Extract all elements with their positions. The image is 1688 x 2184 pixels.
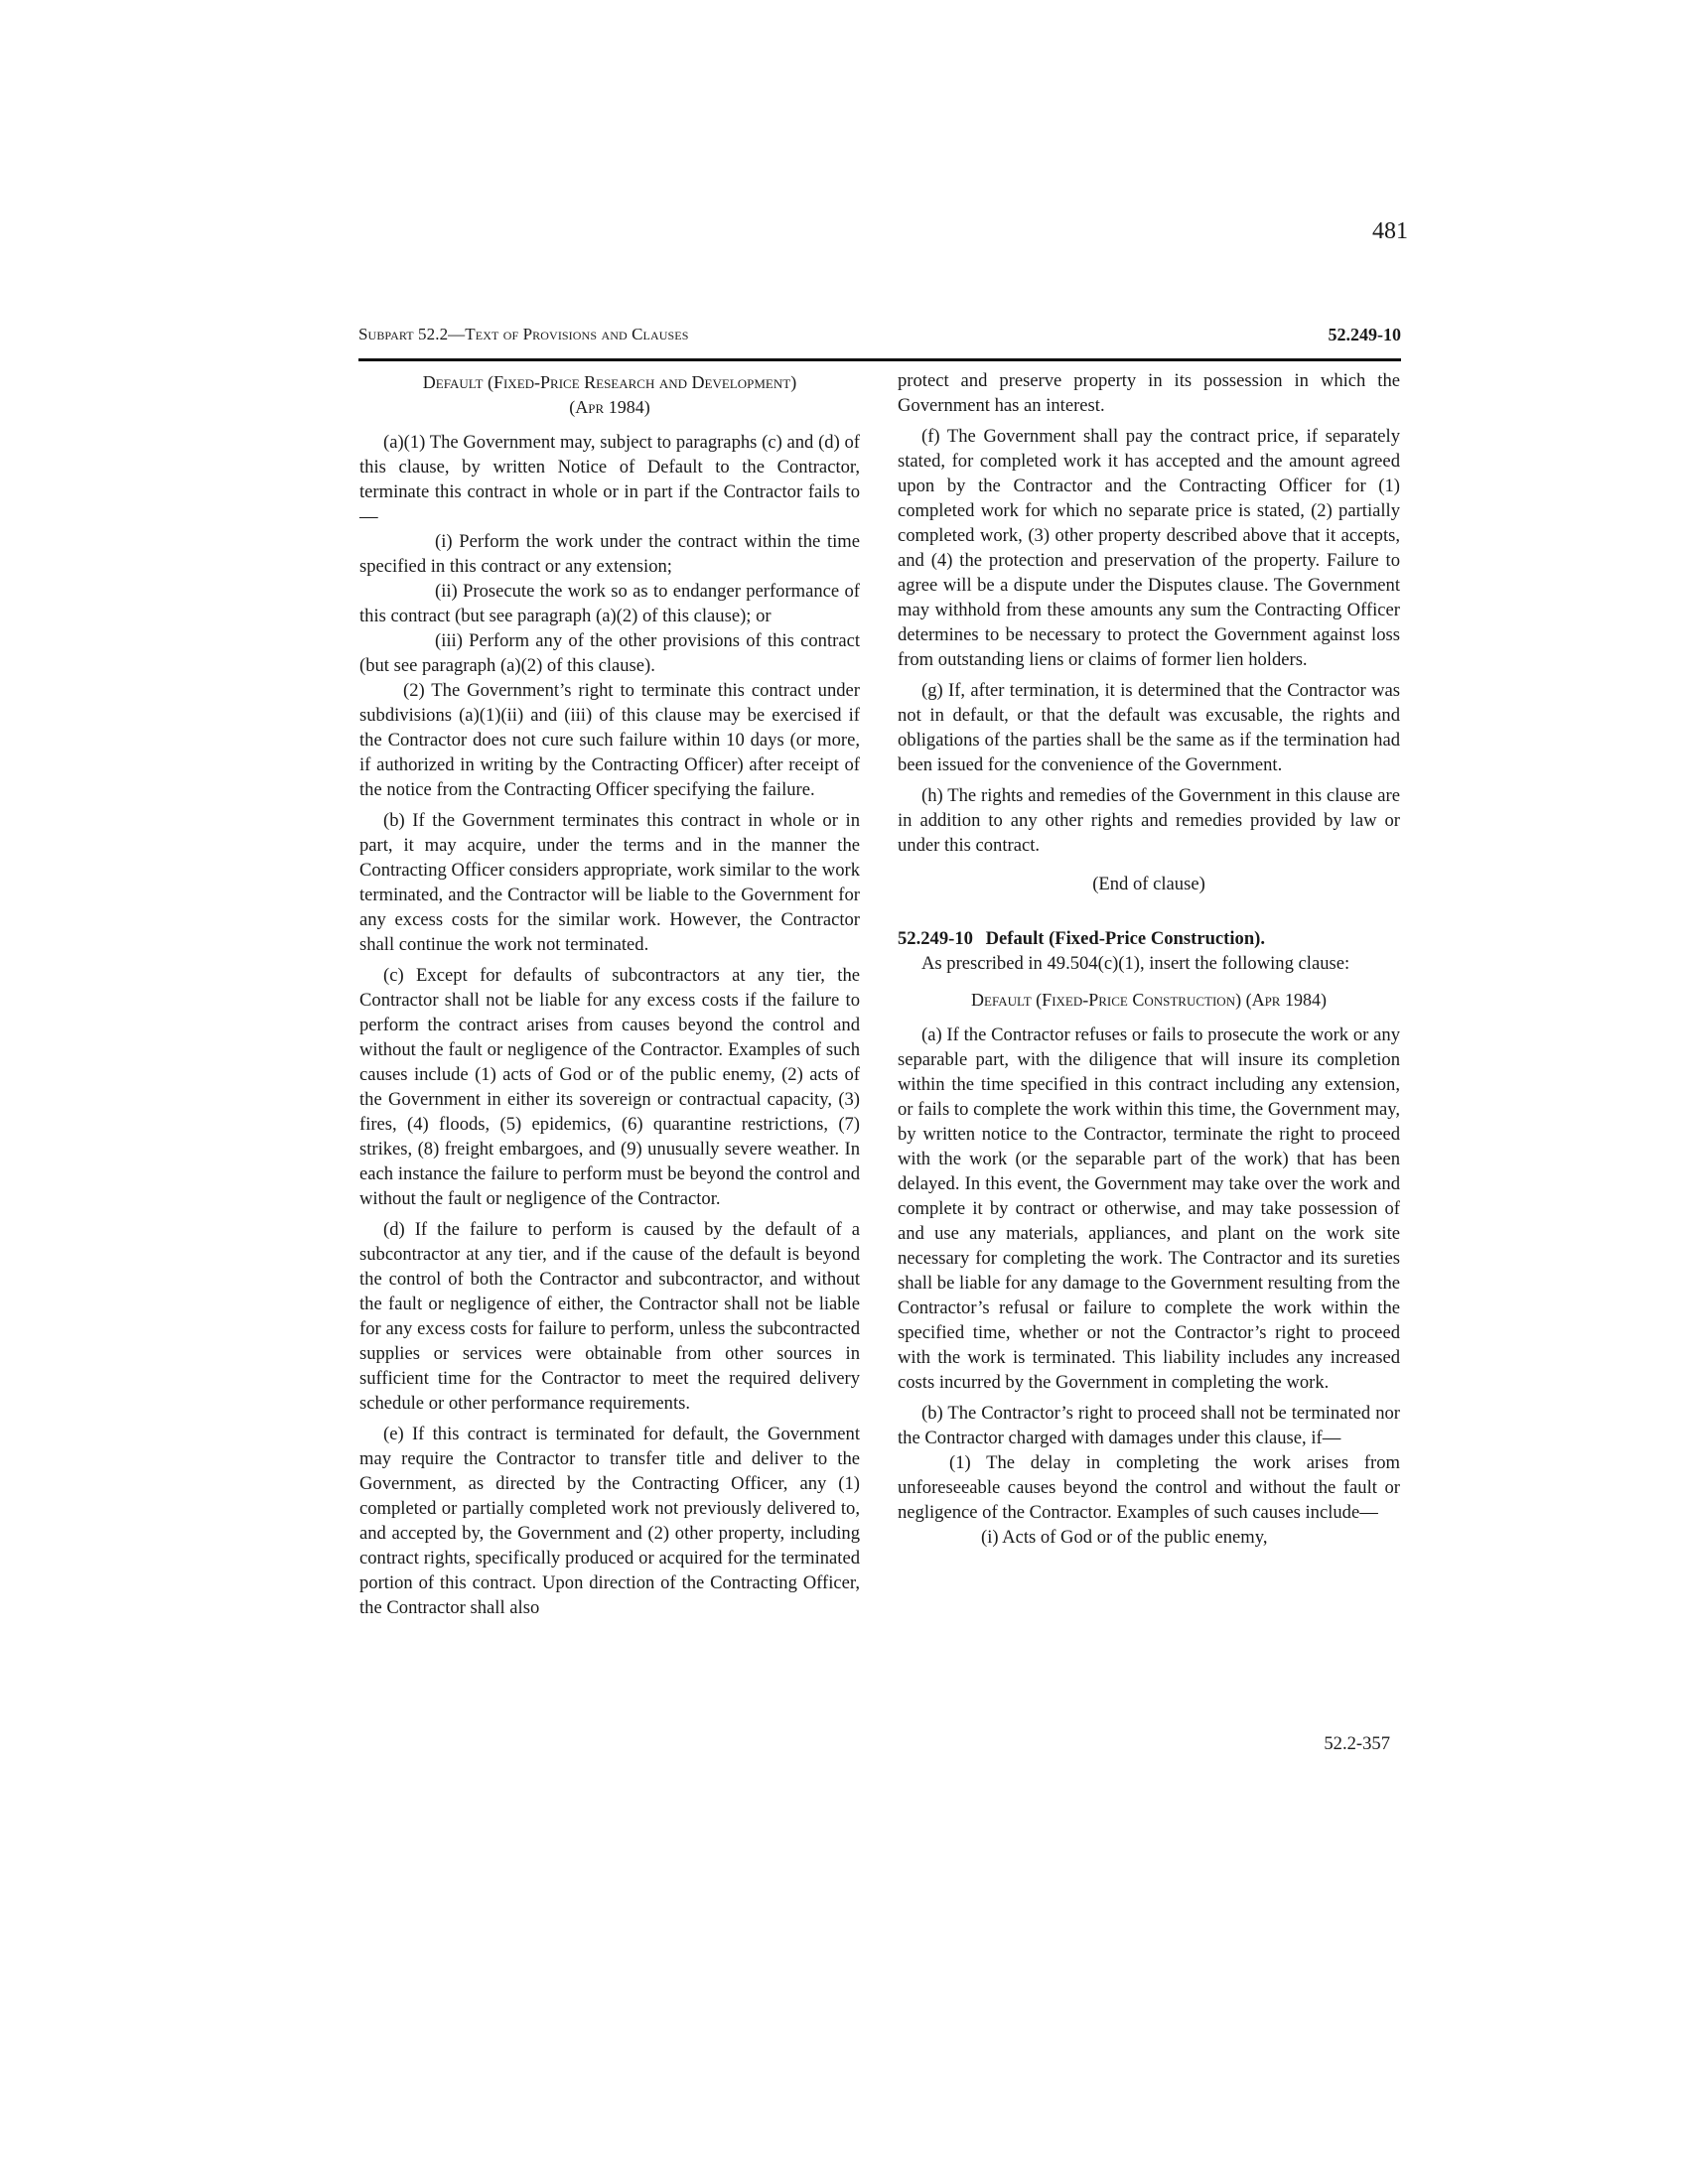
paragraph-c: (c) Except for defaults of subcontractor…: [359, 963, 860, 1211]
paragraph-a1-ii: (ii) Prosecute the work so as to endange…: [359, 579, 860, 628]
header-rule: [358, 358, 1401, 361]
paragraph-d: (d) If the failure to perform is caused …: [359, 1217, 860, 1416]
left-column: Default (Fixed-Price Research and Develo…: [359, 368, 860, 1626]
clause-title-date: (Apr 1984): [359, 395, 860, 420]
paragraph-e: (e) If this contract is terminated for d…: [359, 1422, 860, 1620]
section-number: 52.249-10: [898, 928, 973, 949]
paragraph-a1-i: (i) Perform the work under the contract …: [359, 529, 860, 579]
paragraph-b: (b) If the Government terminates this co…: [359, 808, 860, 957]
running-header-section: 52.249-10: [1329, 320, 1402, 349]
end-of-clause: (End of clause): [898, 872, 1400, 896]
paragraph-a1: (a)(1) The Government may, subject to pa…: [359, 430, 860, 529]
section-heading: 52.249-10 Default (Fixed-Price Construct…: [898, 926, 1400, 951]
paragraph-h: (h) The rights and remedies of the Gover…: [898, 783, 1400, 858]
construction-paragraph-b1-i: (i) Acts of God or of the public enemy,: [898, 1525, 1400, 1550]
construction-paragraph-a: (a) If the Contractor refuses or fails t…: [898, 1023, 1400, 1395]
prescription-text: As prescribed in 49.504(c)(1), insert th…: [898, 951, 1400, 976]
running-header-subpart: Subpart 52.2—Text of Provisions and Clau…: [358, 320, 688, 349]
construction-paragraph-b1: (1) The delay in completing the work ari…: [898, 1450, 1400, 1525]
right-column: protect and preserve property in its pos…: [898, 368, 1400, 1550]
clause-title-construction: Default (Fixed-Price Construction) (Apr …: [898, 988, 1400, 1013]
paragraph-e-continued: protect and preserve property in its pos…: [898, 368, 1400, 418]
paragraph-a2: (2) The Government’s right to terminate …: [359, 678, 860, 802]
page-number-bottom: 52.2-357: [1291, 1731, 1390, 1756]
construction-paragraph-b: (b) The Contractor’s right to proceed sh…: [898, 1401, 1400, 1450]
paragraph-f: (f) The Government shall pay the contrac…: [898, 424, 1400, 672]
clause-title-line1: Default (Fixed-Price Research and Develo…: [359, 370, 860, 395]
paragraph-a1-iii: (iii) Perform any of the other provision…: [359, 628, 860, 678]
running-header: Subpart 52.2—Text of Provisions and Clau…: [358, 320, 1401, 349]
page-number-top: 481: [1331, 216, 1408, 246]
paragraph-g: (g) If, after termination, it is determi…: [898, 678, 1400, 777]
clause-title: Default (Fixed-Price Research and Develo…: [359, 370, 860, 420]
section-title: Default (Fixed-Price Construction).: [986, 928, 1265, 949]
